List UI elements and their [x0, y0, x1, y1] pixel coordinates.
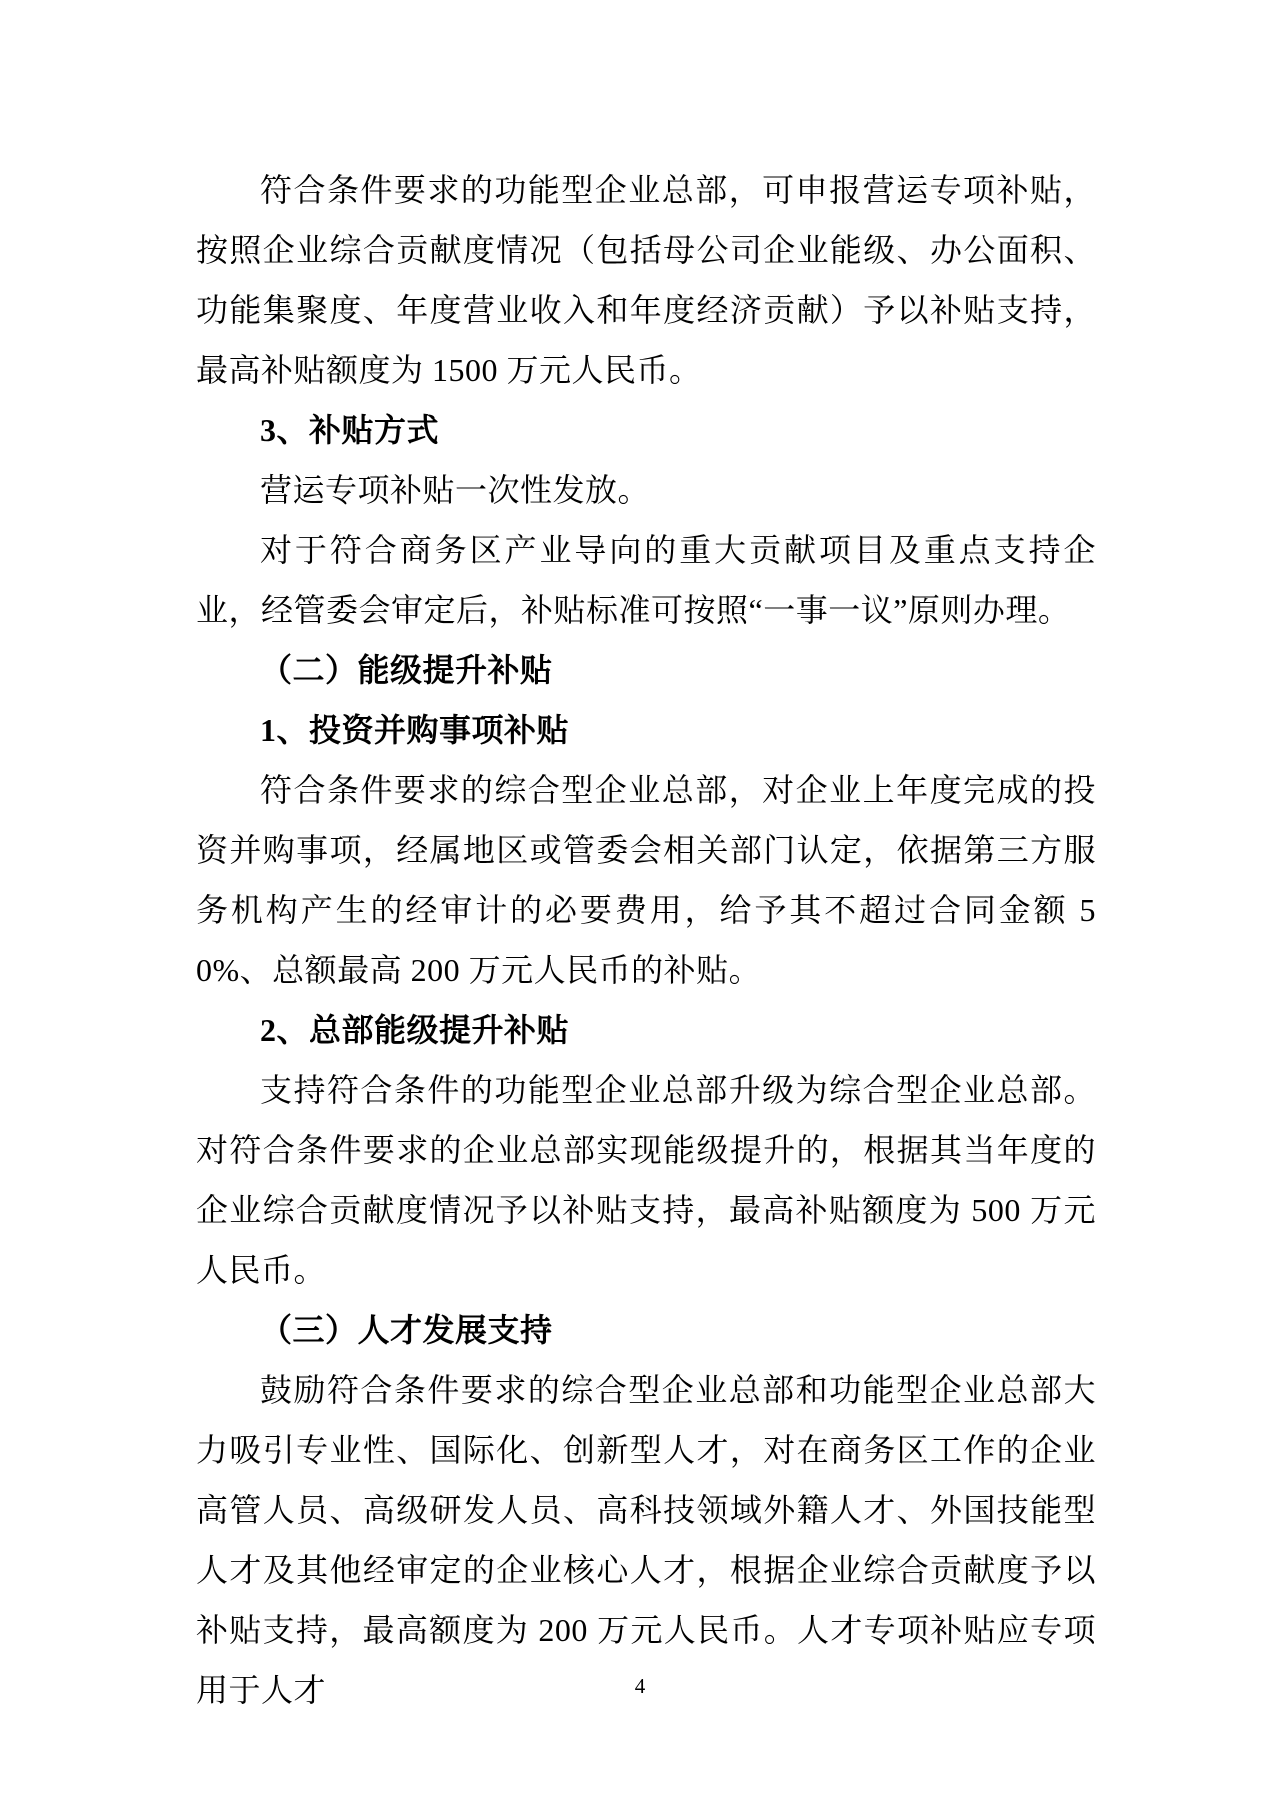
document-page: 符合条件要求的功能型企业总部，可申报营运专项补贴，按照企业综合贡献度情况（包括母… [0, 0, 1280, 1810]
heading-talent-development: （三）人才发展支持 [196, 1300, 1096, 1360]
document-body: 符合条件要求的功能型企业总部，可申报营运专项补贴，按照企业综合贡献度情况（包括母… [196, 160, 1096, 1720]
para-one-time-disbursement: 营运专项补贴一次性发放。 [196, 460, 1096, 520]
heading-hq-upgrade-subsidy: 2、总部能级提升补贴 [196, 1000, 1096, 1060]
heading-investment-ma-subsidy: 1、投资并购事项补贴 [196, 700, 1096, 760]
para-case-by-case: 对于符合商务区产业导向的重大贡献项目及重点支持企业，经管委会审定后，补贴标准可按… [196, 520, 1096, 640]
para-investment-ma-detail: 符合条件要求的综合型企业总部，对企业上年度完成的投资并购事项，经属地区或管委会相… [196, 760, 1096, 1000]
para-talent-detail: 鼓励符合条件要求的综合型企业总部和功能型企业总部大力吸引专业性、国际化、创新型人… [196, 1360, 1096, 1720]
para-hq-upgrade-detail: 支持符合条件的功能型企业总部升级为综合型企业总部。对符合条件要求的企业总部实现能… [196, 1060, 1096, 1300]
heading-capability-upgrade-subsidy: （二）能级提升补贴 [196, 640, 1096, 700]
page-number: 4 [0, 1672, 1280, 1700]
para-operational-subsidy: 符合条件要求的功能型企业总部，可申报营运专项补贴，按照企业综合贡献度情况（包括母… [196, 160, 1096, 400]
heading-subsidy-method: 3、补贴方式 [196, 400, 1096, 460]
